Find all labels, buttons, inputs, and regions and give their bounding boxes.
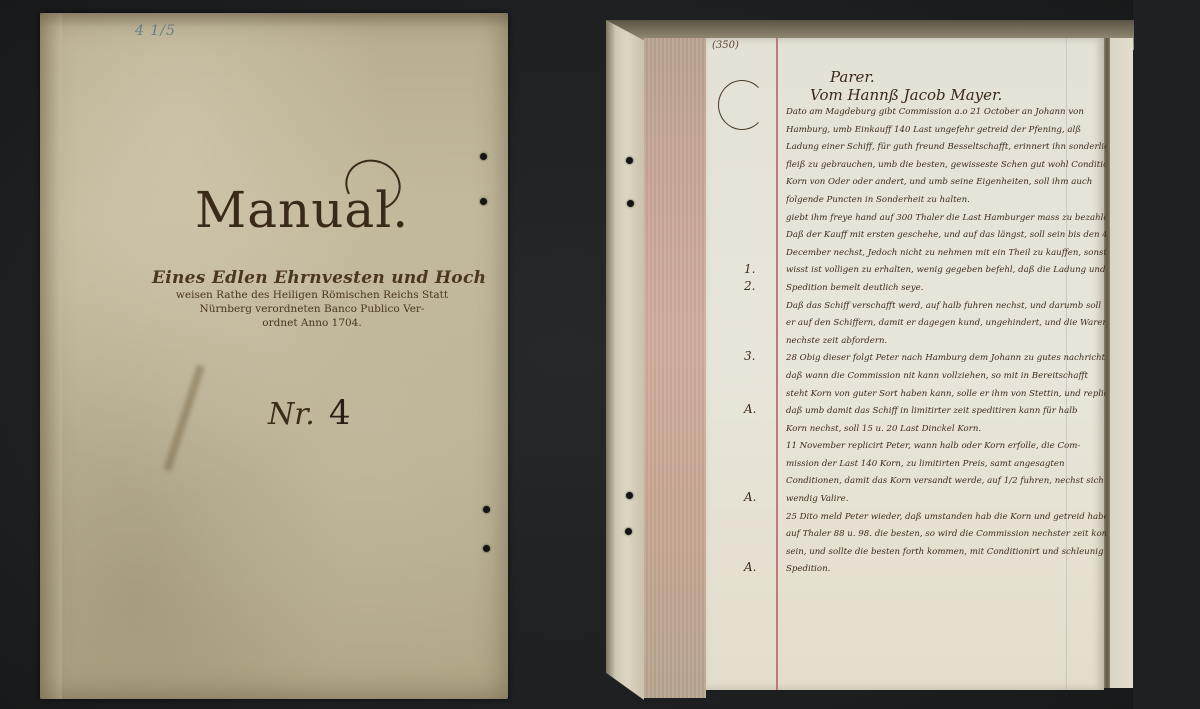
text-line: fleiß zu gebrauchen, umb die besten, gew… xyxy=(786,157,1106,175)
item-marker: A. xyxy=(744,490,756,504)
text-line: Spedition bemelt deutlich seye. xyxy=(786,280,1106,298)
text-line: 11 November replicirt Peter, wann halb o… xyxy=(786,438,1106,456)
cover-subtitle-line: Eines Edlen Ehrnvesten und Hoch xyxy=(152,268,472,288)
ledger-entries: Dato am Magdeburg gibt Commission a.o 21… xyxy=(786,104,1106,579)
entry-subheading: Vom Hannß Jacob Mayer. xyxy=(810,86,1002,104)
cover-corner-mark: 4 1/5 xyxy=(135,23,176,39)
number-prefix: Nr. xyxy=(268,397,315,432)
text-line: er auf den Schiffern, damit er dagegen k… xyxy=(786,315,1106,333)
cover-subtitle-line: Nürnberg verordneten Banco Publico Ver- xyxy=(152,302,472,316)
text-line: auf Thaler 88 u. 98. die besten, so wird… xyxy=(786,526,1106,544)
cover-title: Manual. xyxy=(195,181,409,239)
text-line: Korn nechst, soll 15 u. 20 Last Dinckel … xyxy=(786,421,1106,439)
cover-volume-number: Nr.4 xyxy=(268,393,350,433)
text-line: Ladung einer Schiff, für guth freund Bes… xyxy=(786,139,1106,157)
text-line: Spedition. xyxy=(786,561,1106,579)
binding-hole xyxy=(626,157,633,164)
item-marker: 3. xyxy=(744,349,755,363)
text-line: December nechst, Jedoch nicht zu nehmen … xyxy=(786,245,1106,263)
cover-subtitle-line: ordnet Anno 1704. xyxy=(152,316,472,330)
text-line: Daß das Schiff verschafft werd, auf halb… xyxy=(786,298,1106,316)
text-line: wisst ist volligen zu erhalten, wenig ge… xyxy=(786,262,1106,280)
cover-left-fold xyxy=(40,13,62,699)
ledger-spine xyxy=(606,20,644,700)
entry-heading: Parer. xyxy=(830,68,875,86)
binding-hole xyxy=(480,153,487,160)
item-marker: A. xyxy=(744,560,756,574)
binding-hole xyxy=(627,200,634,207)
binding-hole xyxy=(483,545,490,552)
text-line: giebt ihm freye hand auf 300 Thaler die … xyxy=(786,210,1106,228)
cover-top-fold xyxy=(40,13,508,27)
text-line: Korn von Oder oder andert, und umb seine… xyxy=(786,174,1106,192)
text-line: Conditionen, damit das Korn versandt wer… xyxy=(786,473,1106,491)
cover-subtitle-line: weisen Rathe des Heiligen Römischen Reic… xyxy=(152,288,472,302)
volume-number: 4 xyxy=(329,393,351,433)
folio-number: (350) xyxy=(712,40,739,51)
item-marker: 1. xyxy=(744,262,755,276)
binding-hole xyxy=(483,506,490,513)
cover-stain xyxy=(163,364,205,471)
ledger-page-edges xyxy=(644,38,706,698)
binding-hole xyxy=(625,528,632,535)
text-line: nechste zeit abfordern. xyxy=(786,333,1106,351)
text-line: daß wann die Commission nit kann vollzie… xyxy=(786,368,1106,386)
item-marker: A. xyxy=(744,402,756,416)
text-line: wendig Valire. xyxy=(786,491,1106,509)
text-line: Daß der Kauff mit ersten geschehe, und a… xyxy=(786,227,1106,245)
text-line: Hamburg, umb Einkauff 140 Last ungefehr … xyxy=(786,122,1106,140)
text-line: folgende Puncten in Sonderheit zu halten… xyxy=(786,192,1106,210)
margin-flourish-icon xyxy=(718,80,766,130)
text-line: mission der Last 140 Korn, zu limitirten… xyxy=(786,456,1106,474)
cover-subtitle: Eines Edlen Ehrnvesten und Hoch weisen R… xyxy=(152,268,472,330)
manuscript-cover: 4 1/5 Manual. Eines Edlen Ehrnvesten und… xyxy=(40,13,508,699)
binding-hole xyxy=(480,198,487,205)
margin-red-rule xyxy=(776,38,778,690)
text-line: daß umb damit das Schiff in limitirter z… xyxy=(786,403,1106,421)
right-edge-strip xyxy=(1133,0,1200,709)
text-line: Dato am Magdeburg gibt Commission a.o 21… xyxy=(786,104,1106,122)
text-line: 28 Obig dieser folgt Peter nach Hamburg … xyxy=(786,350,1106,368)
text-line: sein, und sollte die besten forth kommen… xyxy=(786,544,1106,562)
item-marker: 2. xyxy=(744,279,755,293)
text-line: steht Korn von guter Sort haben kann, so… xyxy=(786,386,1106,404)
text-line: 25 Dito meld Peter wieder, daß umstanden… xyxy=(786,509,1106,527)
binding-hole xyxy=(626,492,633,499)
ledger-facing-page xyxy=(1110,38,1133,688)
